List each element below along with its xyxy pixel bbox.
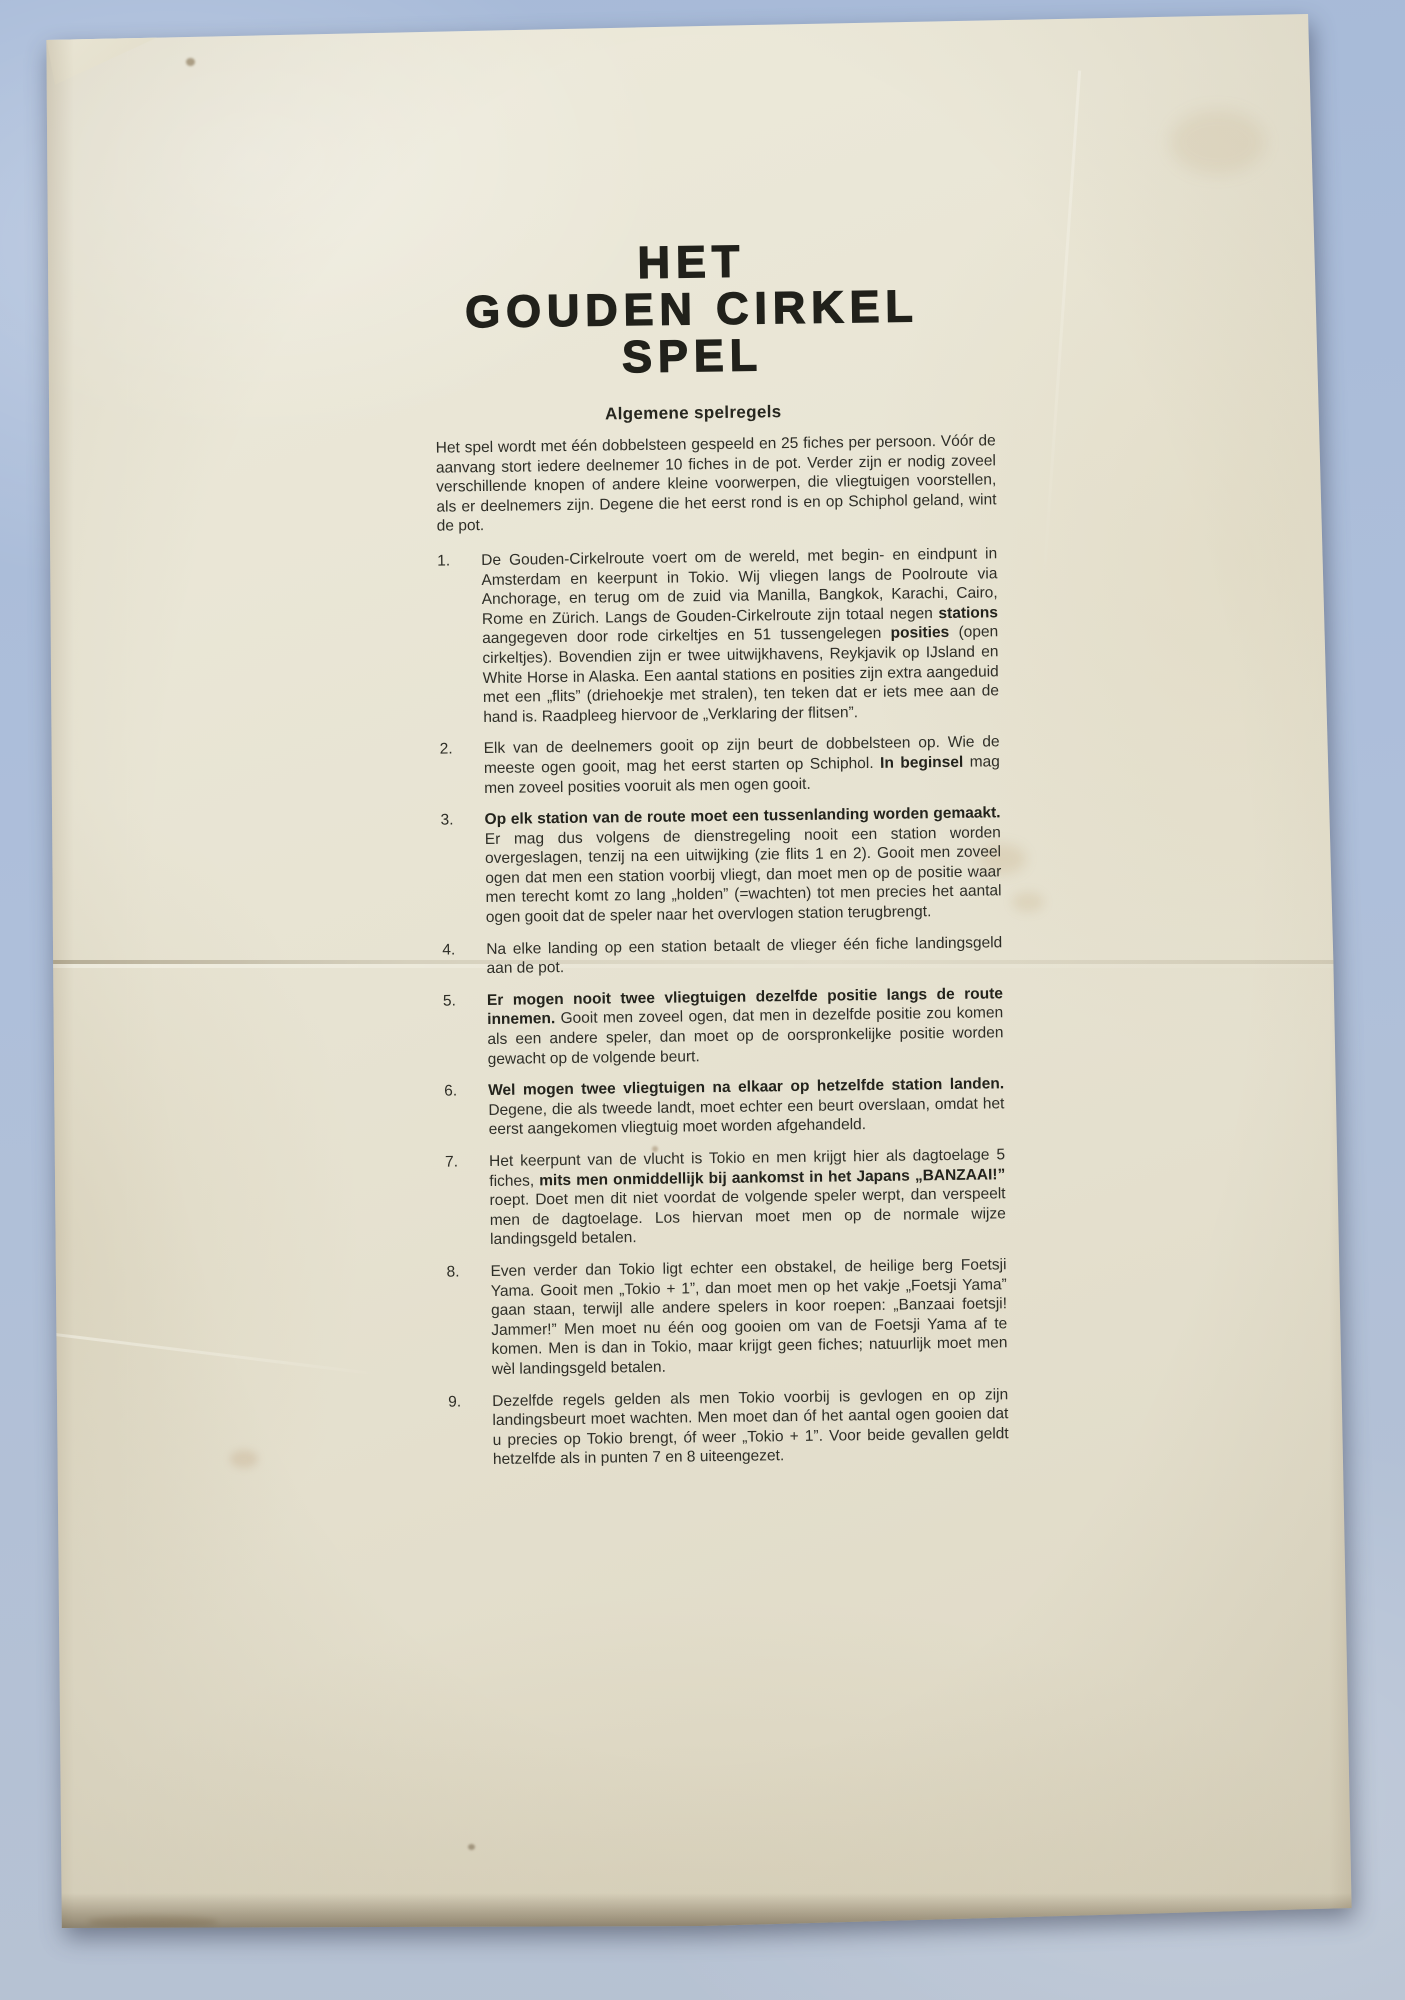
paper-sheet: HET GOUDEN CIRKEL SPEL Algemene spelrege… xyxy=(0,0,1405,2000)
rule-item: 8.Even verder dan Tokio ligt echter een … xyxy=(446,1255,1007,1380)
rule-item: 5.Er mogen nooit twee vliegtuigen dezelf… xyxy=(443,984,1004,1070)
rule-number: 4. xyxy=(442,940,487,980)
rule-number: 8. xyxy=(446,1262,492,1380)
rule-number: 3. xyxy=(440,810,486,928)
rule-text: Even verder dan Tokio ligt echter een ob… xyxy=(490,1255,1007,1379)
rule-item: 2.Elk van de deelnemers gooit op zijn be… xyxy=(440,733,1001,799)
intro-paragraph: Het spel wordt met één dobbelsteen gespe… xyxy=(436,431,997,536)
subtitle: Algemene spelregels xyxy=(413,400,973,427)
rule-text: De Gouden-Cirkelroute voert om de wereld… xyxy=(481,544,999,727)
rule-text: Het keerpunt van de vlucht is Tokio en m… xyxy=(489,1145,1006,1250)
rule-text: Op elk station van de route moet een tus… xyxy=(484,803,1001,927)
rule-number: 9. xyxy=(448,1392,493,1471)
document-content: HET GOUDEN CIRKEL SPEL Algemene spelrege… xyxy=(433,234,1009,1482)
rule-text: Dezelfde regels gelden als men Tokio voo… xyxy=(492,1385,1009,1470)
rules-list: 1.De Gouden-Cirkelroute voert om de were… xyxy=(437,544,1009,1470)
rule-item: 9.Dezelfde regels gelden als men Tokio v… xyxy=(448,1385,1009,1471)
rule-item: 6.Wel mogen twee vliegtuigen na elkaar o… xyxy=(444,1074,1005,1140)
rule-text: Na elke landing op een station betaalt d… xyxy=(486,933,1002,979)
title-line: GOUDEN CIRKEL xyxy=(412,282,973,336)
rule-number: 2. xyxy=(440,739,485,798)
rule-text: Elk van de deelnemers gooit op zijn beur… xyxy=(484,733,1001,799)
rule-item: 4.Na elke landing op een station betaalt… xyxy=(442,933,1002,980)
photo-background: HET GOUDEN CIRKEL SPEL Algemene spelrege… xyxy=(0,0,1405,2000)
rule-text: Er mogen nooit twee vliegtuigen dezelfde… xyxy=(487,984,1004,1069)
rule-text: Wel mogen twee vliegtuigen na elkaar op … xyxy=(488,1074,1005,1140)
rule-number: 7. xyxy=(445,1152,490,1251)
rule-number: 1. xyxy=(437,551,483,728)
rule-number: 6. xyxy=(444,1081,489,1140)
rule-number: 5. xyxy=(443,991,488,1070)
page-title: HET GOUDEN CIRKEL SPEL xyxy=(411,235,973,383)
rule-item: 7.Het keerpunt van de vlucht is Tokio en… xyxy=(445,1145,1006,1250)
paper-surface: HET GOUDEN CIRKEL SPEL Algemene spelrege… xyxy=(0,0,1405,2000)
rule-item: 3.Op elk station van de route moet een t… xyxy=(440,803,1001,928)
rule-item: 1.De Gouden-Cirkelroute voert om de were… xyxy=(437,544,999,728)
stain-spot xyxy=(316,1938,380,1952)
